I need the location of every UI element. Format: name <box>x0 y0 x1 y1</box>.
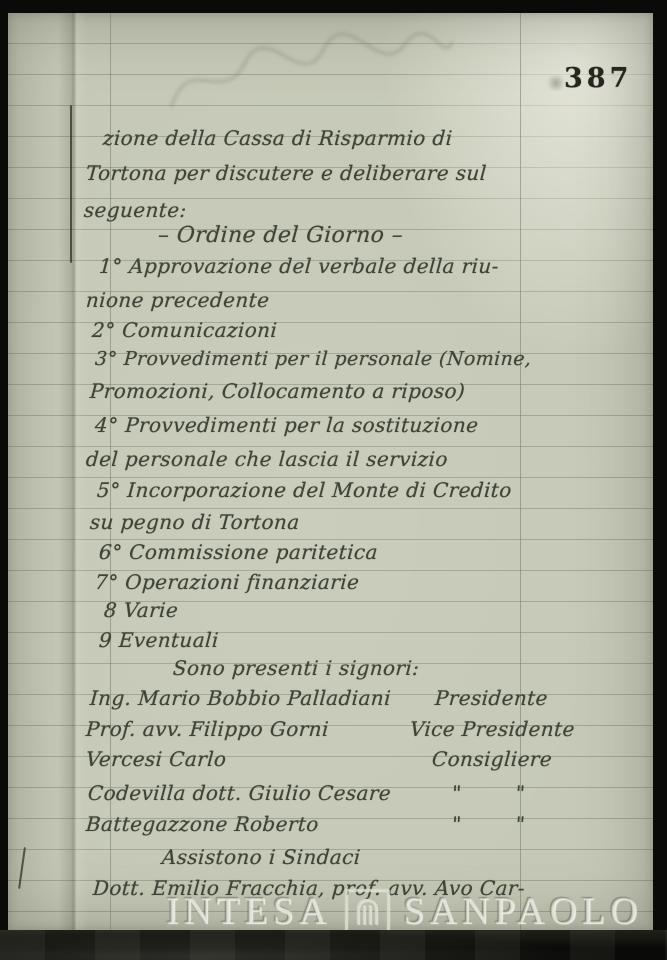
attendee-role: Vice Presidente <box>409 717 575 741</box>
agenda-item: 2° Comunicazioni <box>91 318 278 342</box>
binding-stitch-top <box>70 105 72 263</box>
agenda-item: Promozioni, Collocamento a riposo) <box>89 379 466 403</box>
agenda-item: del personale che lascia il servizio <box>85 447 449 471</box>
agenda-item: 3° Provvedimenti per il personale (Nomin… <box>94 348 532 370</box>
attendee-name: Prof. avv. Filippo Gorni <box>85 717 330 741</box>
manuscript-line: zione della Cassa di Risparmio di <box>102 126 453 150</box>
auditors-heading: Assistono i Sindaci <box>161 845 361 869</box>
attendee-role-ditto: " " <box>451 781 526 805</box>
agenda-item: 9 Eventuali <box>98 628 219 652</box>
attendee-name: Ing. Mario Bobbio Palladiani <box>89 686 392 710</box>
manuscript-line: seguente: <box>83 198 187 222</box>
attendee-name: Battegazzone Roberto <box>85 812 320 836</box>
attendee-role-ditto: " " <box>451 812 526 836</box>
binding-crease <box>58 13 88 930</box>
ledger-book-scan: 387 zione della Cassa di Risparmio di To… <box>0 0 667 960</box>
agenda-item: 6° Commissione paritetica <box>98 540 379 564</box>
attendee-role: Presidente <box>434 686 549 710</box>
ink-smudge <box>546 75 566 91</box>
attendee-role: Consigliere <box>431 747 553 771</box>
ink-showthrough <box>154 13 462 125</box>
manuscript-line: Tortona per discutere e deliberare sul <box>85 161 487 185</box>
agenda-item: 5° Incorporazione del Monte di Credito <box>96 478 512 502</box>
agenda-item: nione precedente <box>85 288 270 312</box>
agenda-item: 4° Provvedimenti per la sostituzione <box>94 413 479 437</box>
binding-stitch-bottom <box>18 847 26 889</box>
attendance-heading: Sono presenti i signori: <box>172 656 420 680</box>
ledger-page: 387 zione della Cassa di Risparmio di To… <box>8 13 653 930</box>
attendee-name: Vercesi Carlo <box>85 747 227 771</box>
agenda-item: 7° Operazioni finanziarie <box>94 570 360 594</box>
agenda-heading: – Ordine del Giorno – <box>157 223 404 248</box>
manuscript-line: Dott. Emilio Fracchia, prof. avv. Avo Ca… <box>92 876 526 900</box>
book-edge-bottom <box>0 930 667 960</box>
attendee-name: Codevilla dott. Giulio Cesare <box>87 781 392 805</box>
agenda-item: 1° Approvazione del verbale della riu- <box>98 254 500 278</box>
page-number: 387 <box>564 63 632 94</box>
agenda-item: 8 Varie <box>103 598 179 622</box>
agenda-item: su pegno di Tortona <box>89 510 300 534</box>
